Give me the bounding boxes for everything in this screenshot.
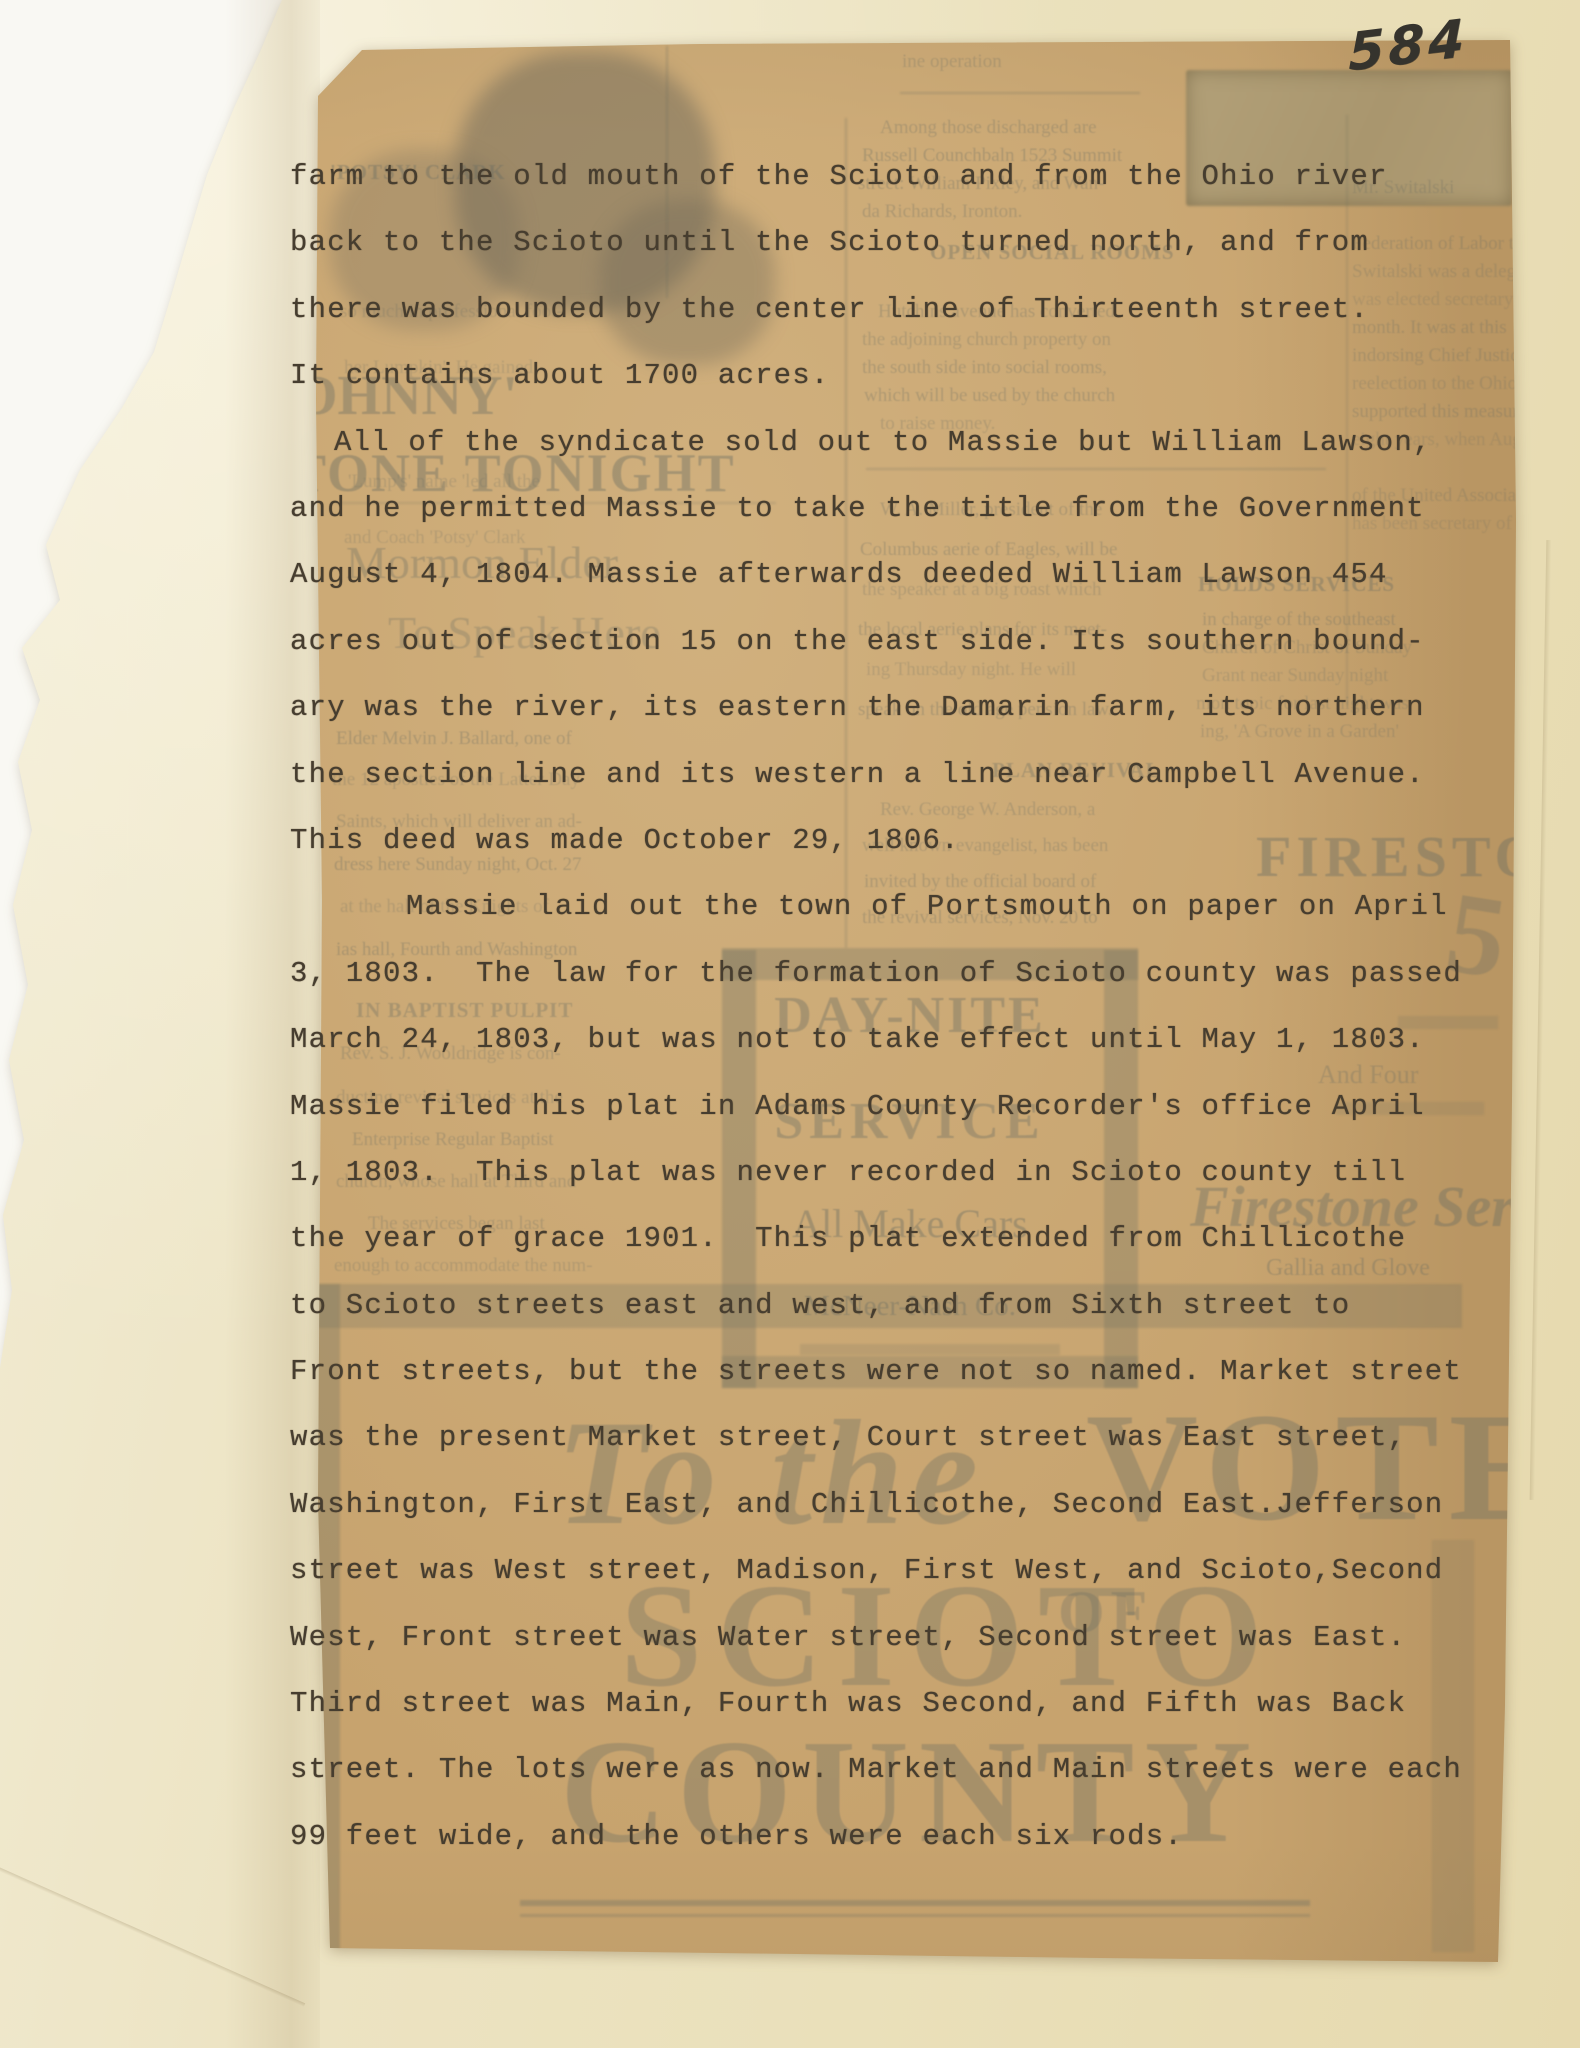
ghost-fragment: month. It was at this [1352, 318, 1507, 337]
typed-line: It contains about 1700 acres. [290, 359, 829, 392]
typed-line: farm to the old mouth of the Scioto and … [290, 160, 1388, 193]
ghost-fragment [866, 468, 1326, 470]
ghost-fragment [1432, 1540, 1474, 1952]
typed-line: Front streets, but the streets were not … [290, 1355, 1462, 1388]
ghost-fragment: Grant near Sunday night [1202, 666, 1388, 685]
ghost-fragment [800, 1344, 1060, 1355]
ghost-fragment: invited by the official board of [864, 872, 1096, 891]
ghost-fragment: indorsing Chief Justice [1352, 346, 1527, 365]
typed-line: Washington, First East, and Chillicothe,… [290, 1488, 1443, 1521]
ghost-fragment: Gallia and Glove [1266, 1256, 1430, 1280]
typed-line: to Scioto streets east and west, and fro… [290, 1289, 1350, 1322]
scanned-scrapbook-page: 'POTSY' CLARKso much in professional foo… [0, 0, 1580, 2048]
typed-line: there was bounded by the center line of … [290, 293, 1369, 326]
ghost-fragment: Columbus aerie of Eagles, will be [860, 540, 1118, 559]
ghost-fragment: the south side into social rooms, [862, 358, 1107, 377]
ghost-fragment: da Richards, Ironton. [862, 202, 1022, 221]
ghost-fragment [520, 1900, 1310, 1906]
ghost-fragment [900, 92, 1140, 94]
ghost-fragment: the adjoining church property on [862, 330, 1111, 349]
ghost-fragment: Among those discharged are [880, 118, 1097, 137]
typed-line: street. The lots were as now. Market and… [290, 1753, 1462, 1786]
typed-line: 1, 1803. This plat was never recorded in… [290, 1156, 1406, 1189]
ghost-fragment [520, 1914, 1310, 1917]
ghost-fragment: Rev. George W. Anderson, a [880, 800, 1095, 819]
typed-line: acres out of section 15 on the east side… [290, 625, 1425, 658]
ghost-fragment: IN BAPTIST PULPIT [356, 1000, 573, 1021]
ghost-fragment: FIRESTONE [1256, 828, 1580, 886]
typed-line: Massie laid out the town of Portsmouth o… [406, 890, 1448, 923]
typed-line: March 24, 1803, but was not to take effe… [290, 1023, 1425, 1056]
ghost-fragment: Elder Melvin J. Ballard, one of [336, 729, 572, 748]
ghost-fragment: which will be used by the church [864, 386, 1115, 405]
ghost-photo-blob [600, 200, 775, 365]
typed-line: 99 feet wide, and the others were each s… [290, 1820, 1183, 1853]
ghost-fragment: was elected secretary [1352, 290, 1513, 309]
typed-line: Massie filed his plat in Adams County Re… [290, 1090, 1425, 1123]
ghost-fragment: And Four [1318, 1062, 1418, 1088]
ghost-fragment: 'Lump's' name 'led all the [348, 472, 540, 491]
typed-line: Third street was Main, Fourth was Second… [290, 1687, 1406, 1720]
typed-line: street was West street, Madison, First W… [290, 1554, 1443, 1587]
typed-line: 3, 1803. The law for the formation of Sc… [290, 957, 1462, 990]
typed-line: the section line and its western a line … [290, 758, 1425, 791]
typed-line: back to the Scioto until the Scioto turn… [290, 226, 1369, 259]
ghost-fragment: enough to accommodate the num- [334, 1256, 593, 1275]
typed-line: the year of grace 1901. This plat extend… [290, 1222, 1406, 1255]
typed-line: West, Front street was Water street, Sec… [290, 1621, 1406, 1654]
ghost-fragment: Federation of Labor to be [1352, 234, 1546, 253]
ghost-fragment: Switalski was a delegate [1352, 262, 1538, 281]
ghost-fragment: ine operation [902, 52, 1002, 71]
typed-line: August 4, 1804. Massie afterwards deeded… [290, 558, 1388, 591]
typed-line: ary was the river, its eastern the Damar… [290, 691, 1425, 724]
ghost-fragment: ing, 'A Grove in a Garden' [1200, 722, 1399, 741]
ghost-fragment: Enterprise Regular Baptist [352, 1130, 554, 1149]
ghost-fragment: ing Thursday night. He will [866, 660, 1076, 679]
ghost-fragment: supported this measure. [1352, 402, 1532, 421]
typed-line: and he permitted Massie to take the titl… [290, 492, 1425, 525]
typed-line: This deed was made October 29, 1806. [290, 824, 960, 857]
typed-line: All of the syndicate sold out to Massie … [334, 426, 1432, 459]
ghost-fragment: VOTE [1086, 1390, 1562, 1545]
ghost-fragment: reelection to the Ohio [1352, 374, 1517, 393]
ghost-fragment: dress here Sunday night, Oct. 27 [334, 855, 581, 874]
typed-line: was the present Market street, Court str… [290, 1421, 1406, 1454]
